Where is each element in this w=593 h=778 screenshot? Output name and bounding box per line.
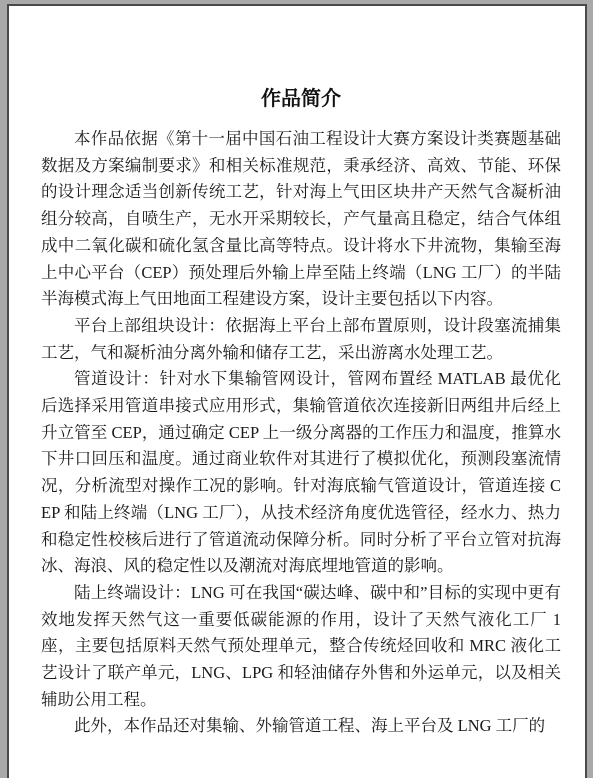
paragraph: 管道设计：针对水下集输管网设计，管网布置经 MATLAB 最优化后选择采用管道串… — [41, 366, 561, 580]
page-title: 作品简介 — [41, 86, 561, 112]
document-viewer: 作品简介 本作品依据《第十一届中国石油工程设计大赛方案设计类赛题基础数据及方案编… — [0, 0, 593, 778]
body-paragraphs: 本作品依据《第十一届中国石油工程设计大赛方案设计类赛题基础数据及方案编制要求》和… — [41, 126, 561, 740]
document-page: 作品简介 本作品依据《第十一届中国石油工程设计大赛方案设计类赛题基础数据及方案编… — [7, 4, 587, 778]
paragraph: 此外，本作品还对集输、外输管道工程、海上平台及 LNG 工厂的 — [41, 713, 561, 740]
paragraph: 平台上部组块设计：依据海上平台上部布置原则，设计段塞流捕集工艺，气和凝析油分离外… — [41, 313, 561, 366]
paragraph: 本作品依据《第十一届中国石油工程设计大赛方案设计类赛题基础数据及方案编制要求》和… — [41, 126, 561, 313]
paragraph: 陆上终端设计：LNG 可在我国“碳达峰、碳中和”目标的实现中更有效地发挥天然气这… — [41, 580, 561, 714]
page-content: 作品简介 本作品依据《第十一届中国石油工程设计大赛方案设计类赛题基础数据及方案编… — [9, 86, 585, 740]
